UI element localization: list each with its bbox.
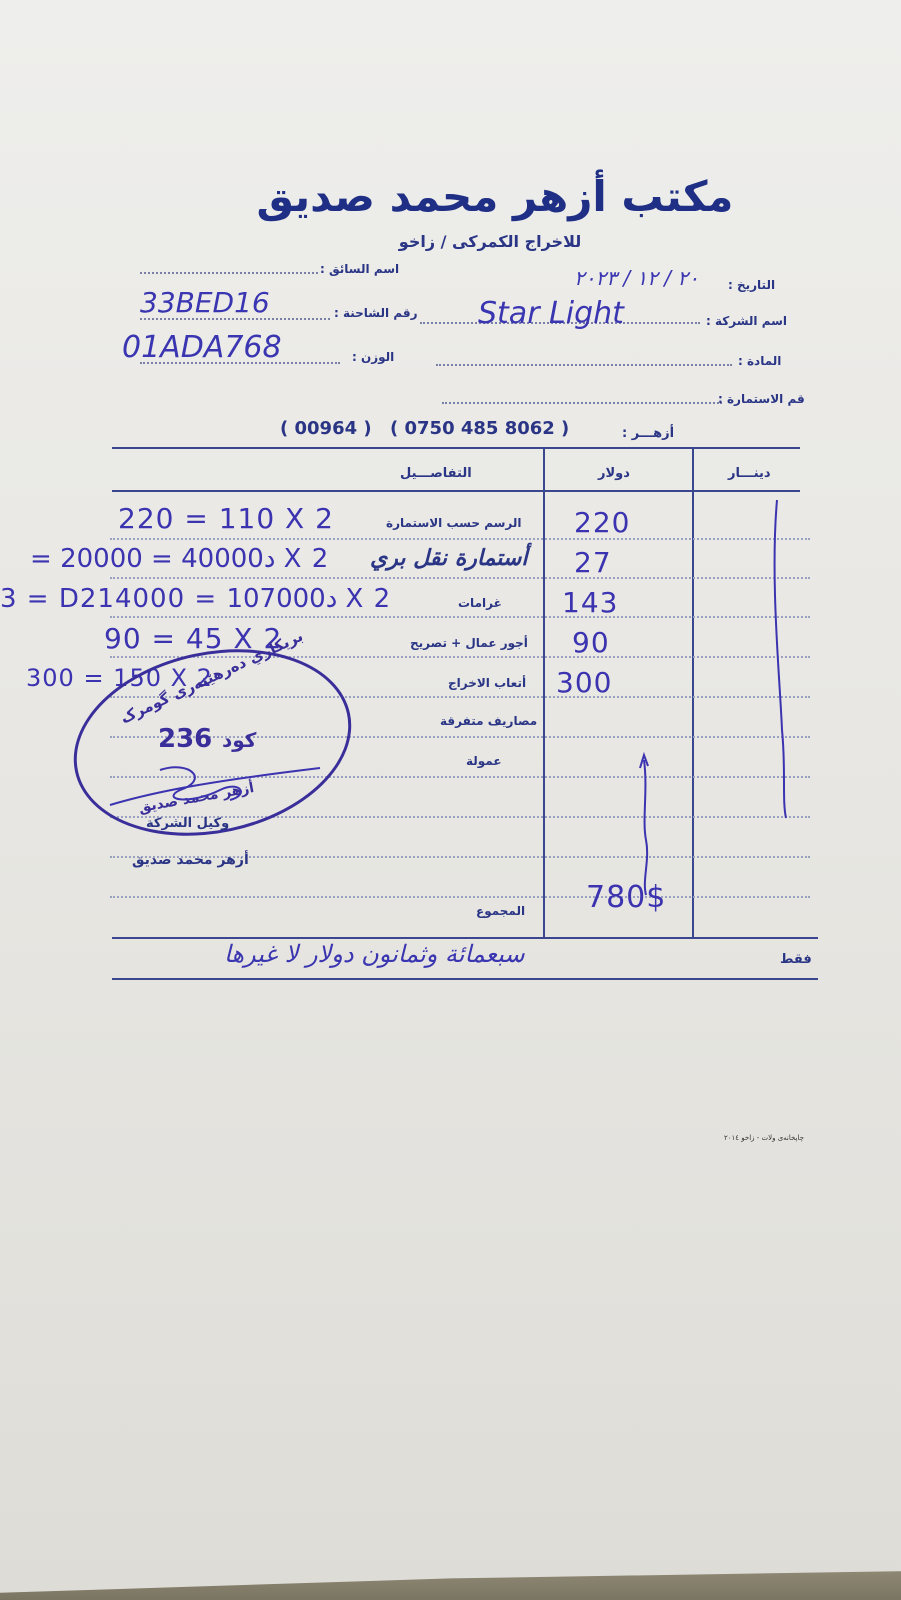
driver-name-label: اسم السائق :: [320, 262, 399, 276]
handwritten-bracket-marks: [620, 500, 790, 900]
row-dollar-clearance-fee: 300: [556, 666, 612, 699]
amount-words-value: سبعمائة وثمانون دولار لا غيرها: [224, 940, 525, 968]
company-name-value: Star Light: [478, 296, 624, 331]
form-number-field[interactable]: [442, 402, 722, 404]
row-dollar-labor: 90: [572, 626, 610, 659]
truck-number-label: رقم الشاحنة :: [334, 306, 418, 320]
contact-name-label: أزهـــر :: [622, 426, 674, 441]
table-top-border: [112, 447, 800, 449]
row-label-labor: أجور عمال + تصريح: [410, 636, 528, 650]
row-calc-form-fee: 220 = 110 X 2: [118, 502, 334, 535]
printer-note: چاپخانەی ولات - زاخو ٢٠١٤: [724, 1134, 804, 1142]
row-label-commission: عمولة: [466, 754, 502, 768]
company-name-label: اسم الشركة :: [706, 314, 787, 328]
weight-value: 01ADA768: [122, 330, 282, 365]
date-label: التاريخ :: [728, 278, 775, 292]
country-code: ( 00964 ): [280, 418, 372, 439]
form-number-label: قم الاستمارة :: [718, 392, 805, 406]
row-calc-transport-form: = د40000 = 20000 X 2: [30, 544, 329, 574]
signature-scribble: [100, 760, 340, 820]
office-subtitle: للاخراج الكمركى / زاخو: [320, 232, 660, 251]
total-bottom-border: [112, 937, 818, 939]
header-dollar: دولار: [598, 466, 630, 481]
truck-number-value: 33BED16: [140, 286, 270, 319]
table-header-border: [112, 490, 800, 492]
header-details: التفاصـــيل: [400, 466, 472, 481]
row-label-misc-expenses: مصاريف متفرقة: [440, 714, 537, 728]
row-label-transport-form: أستمارة نقل بري: [370, 546, 527, 571]
row-label-fines: غرامات: [458, 596, 502, 610]
material-field[interactable]: [436, 364, 732, 366]
row-dollar-transport-form: 27: [574, 546, 612, 579]
material-label: المادة :: [738, 354, 781, 368]
total-value: 780$: [586, 880, 666, 915]
header-dinar: دينـــار: [728, 466, 771, 481]
row-label-form-fee: الرسم حسب الاستمارة: [386, 516, 522, 530]
row-dollar-fines: 143: [562, 586, 618, 619]
words-bottom-border: [112, 978, 818, 980]
row-calc-fines: 3 = D214000 = د107000 X 2: [0, 584, 391, 614]
company-agent-role: وكيل الشركة: [146, 816, 229, 831]
total-label: المجموع: [476, 904, 525, 918]
phone-number: ( 0750 485 8062 ): [390, 418, 569, 439]
stamp-code-label: كود: [222, 728, 256, 752]
date-value: ٢٠ / ١٢ / ٢٠٢٣: [574, 266, 699, 290]
table-surface: [0, 1552, 901, 1600]
amount-words-label: فقط: [780, 952, 812, 967]
row-label-clearance-fee: أتعاب الاخراج: [448, 676, 526, 690]
weight-field[interactable]: [140, 362, 340, 364]
driver-name-field[interactable]: [140, 272, 318, 274]
column-divider-details: [543, 447, 545, 937]
weight-label: الوزن :: [352, 350, 394, 364]
stamp-code-value: 236: [158, 724, 212, 754]
agent-name: أزهر محمد صديق: [132, 852, 249, 868]
office-title: مكتب أزهر محمد صديق: [255, 172, 735, 221]
truck-number-field[interactable]: [140, 318, 330, 320]
